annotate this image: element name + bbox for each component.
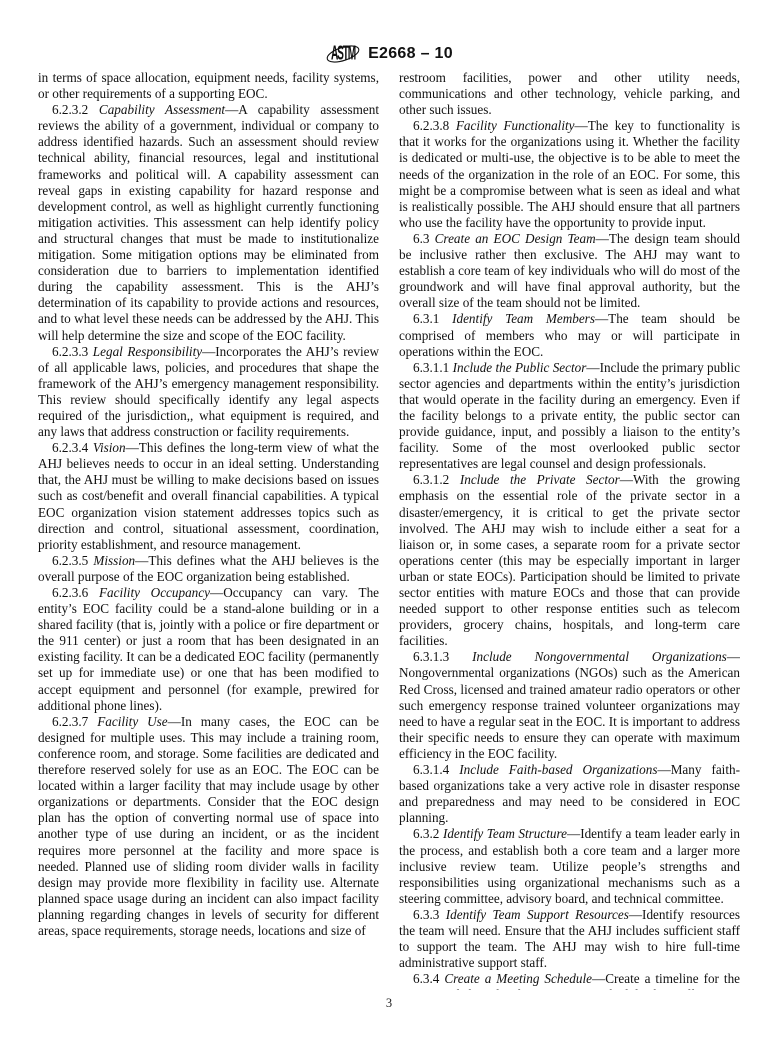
section-paragraph-6.2.3.7: 6.2.3.7 Facility Use—In many cases, the … <box>38 714 379 939</box>
section-paragraph-6.2.3.5: 6.2.3.5 Mission—This defines what the AH… <box>38 553 379 585</box>
section-paragraph-6.2.3.6: 6.2.3.6 Facility Occupancy—Occupancy can… <box>38 585 379 714</box>
section-title: Create an EOC Design Team <box>435 231 596 246</box>
section-title: Facility Use <box>97 714 167 729</box>
section-title: Include the Private Sector <box>460 472 620 487</box>
section-title: Include Faith-based Organizations <box>459 762 657 777</box>
section-paragraph-6.3.2: 6.3.2 Identify Team Structure—Identify a… <box>399 826 740 906</box>
document-page: ASTM E2668 – 10 in terms of space alloca… <box>0 0 778 1041</box>
section-paragraph-6.3: 6.3 Create an EOC Design Team—The design… <box>399 231 740 311</box>
continuation-paragraph: restroom facilities, power and other uti… <box>399 70 740 118</box>
left-column: in terms of space allocation, equipment … <box>38 70 379 990</box>
section-paragraph-6.3.1.4: 6.3.1.4 Include Faith-based Organization… <box>399 762 740 826</box>
doc-code: E2668 – 10 <box>368 45 453 63</box>
astm-logo-icon: ASTM <box>325 40 361 68</box>
section-title: Facility Functionality <box>456 118 575 133</box>
section-paragraph-6.3.4: 6.3.4 Create a Meeting Schedule—Create a… <box>399 971 740 990</box>
section-title: Identify Team Members <box>452 311 595 326</box>
section-title: Vision <box>93 440 126 455</box>
right-column: restroom facilities, power and other uti… <box>399 70 740 990</box>
section-title: Capability Assessment <box>99 102 225 117</box>
section-title: Mission <box>93 553 135 568</box>
section-title: Identify Team Support Resources <box>446 907 629 922</box>
section-paragraph-6.3.1.2: 6.3.1.2 Include the Private Sector—With … <box>399 472 740 649</box>
section-paragraph-6.2.3.8: 6.2.3.8 Facility Functionality—The key t… <box>399 118 740 231</box>
section-title: Legal Responsibility <box>93 344 202 359</box>
section-title: Identify Team Structure <box>443 826 567 841</box>
section-title: Create a Meeting Schedule <box>444 971 592 986</box>
section-title: Facility Occupancy <box>99 585 210 600</box>
section-title: Include the Public Sector <box>453 360 587 375</box>
section-paragraph-6.2.3.3: 6.2.3.3 Legal Responsibility—Incorporate… <box>38 344 379 441</box>
page-footer: 3 <box>0 996 778 1011</box>
section-title: Include Nongovernmental Organizations <box>472 649 727 664</box>
continuation-paragraph: in terms of space allocation, equipment … <box>38 70 379 102</box>
section-paragraph-6.3.1: 6.3.1 Identify Team Members—The team sho… <box>399 311 740 359</box>
page-number: 3 <box>386 996 392 1010</box>
section-paragraph-6.3.3: 6.3.3 Identify Team Support Resources—Id… <box>399 907 740 971</box>
section-paragraph-6.2.3.2: 6.2.3.2 Capability Assessment—A capabili… <box>38 102 379 343</box>
section-paragraph-6.3.1.1: 6.3.1.1 Include the Public Sector—Includ… <box>399 360 740 473</box>
section-paragraph-6.3.1.3: 6.3.1.3 Include Nongovernmental Organiza… <box>399 649 740 762</box>
section-paragraph-6.2.3.4: 6.2.3.4 Vision—This defines the long-ter… <box>38 440 379 553</box>
two-column-body: in terms of space allocation, equipment … <box>38 70 740 990</box>
page-header: ASTM E2668 – 10 <box>0 40 778 68</box>
